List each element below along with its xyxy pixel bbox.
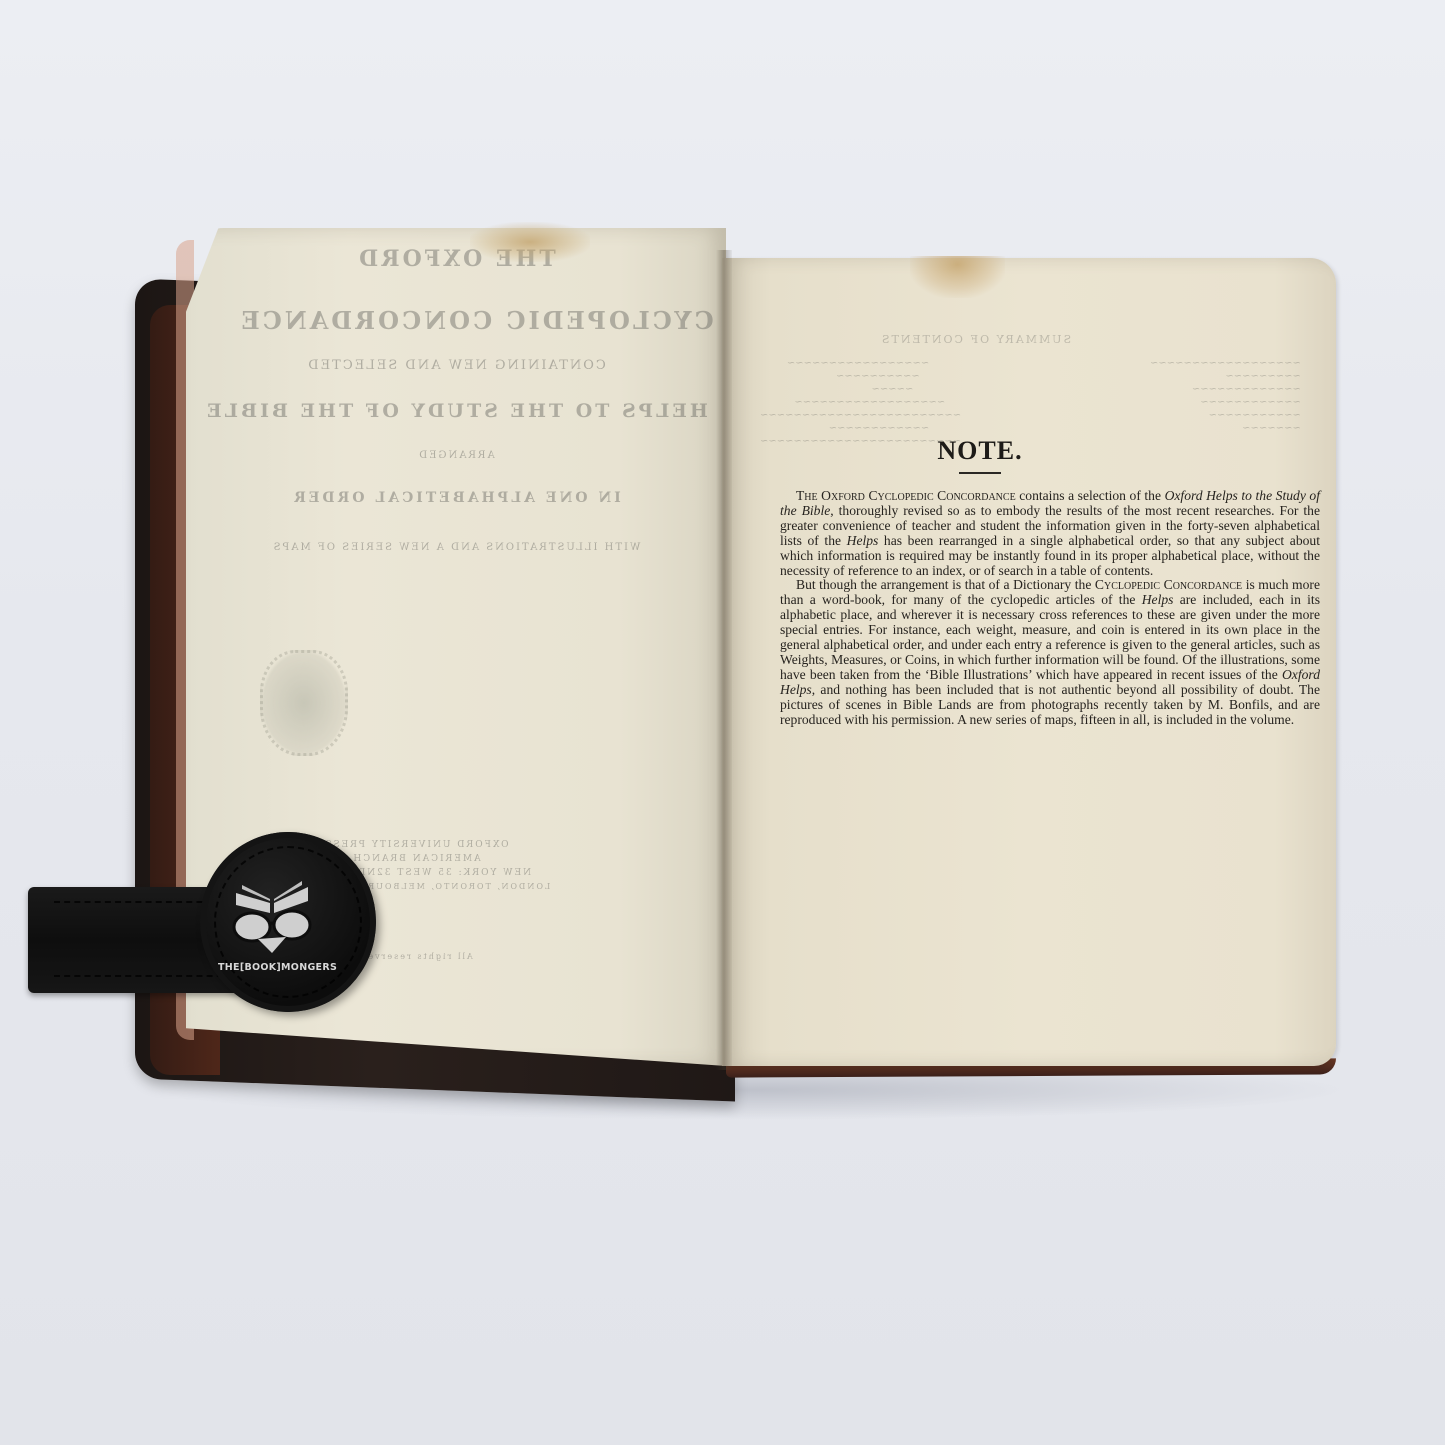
note-heading: NOTE. xyxy=(900,436,1060,466)
book-gutter xyxy=(716,250,732,1070)
note-body: The Oxford Cyclopedic Concordance contai… xyxy=(780,489,1320,728)
show-through-line: WITH ILLUSTRATIONS AND A NEW SERIES OF M… xyxy=(186,542,726,553)
text-run: But though the arrangement is that of a … xyxy=(796,577,1095,592)
show-through-line: ARRANGED xyxy=(186,450,726,461)
italic-title: Helps xyxy=(1142,592,1174,607)
book-title-smallcaps: Cyclopedic Concordance xyxy=(1095,577,1242,592)
show-through-heading: SUMMARY OF CONTENTS xyxy=(880,333,1071,346)
text-run: contains a selection of the xyxy=(1016,488,1165,503)
show-through-line: THE OXFORD xyxy=(186,246,726,272)
bookmark-brand: THE[BOOK]MONGERS xyxy=(218,962,328,973)
crest-show-through xyxy=(260,650,348,756)
show-through-column: ~~~~~~~~~~~~~~~~~~ ~~~~~~~~~ ~~~~~~~~~~~… xyxy=(1150,357,1301,435)
show-through-line: OXFORD UNIVERSITY PRESS xyxy=(146,840,686,850)
show-through-line: IN ONE ALPHABETICAL ORDER xyxy=(186,490,726,506)
show-through-line: CYCLOPEDIC CONCORDANCE xyxy=(206,306,746,335)
age-stain xyxy=(470,222,590,262)
book-title-smallcaps: The Oxford Cyclopedic Concordance xyxy=(796,488,1016,503)
photo-scene: THE OXFORD CYCLOPEDIC CONCORDANCE CONTAI… xyxy=(0,0,1445,1445)
show-through-line: HELPS TO THE STUDY OF THE BIBLE xyxy=(186,400,726,422)
show-through-line: CONTAINING NEW AND SELECTED xyxy=(186,358,726,373)
note-paragraph-2: But though the arrangement is that of a … xyxy=(780,578,1320,727)
age-stain xyxy=(910,256,1005,298)
italic-title: Helps xyxy=(847,533,879,548)
show-through-column: ~~~~~~~~~~~~~~~~~ ~~~~~~~~~~ ~~~~~ ~~~~~… xyxy=(760,357,961,448)
note-rule xyxy=(959,472,1001,474)
text-run: , and nothing has been included that is … xyxy=(780,682,1320,727)
note-paragraph-1: The Oxford Cyclopedic Concordance contai… xyxy=(780,489,1320,578)
book-glasses-logo-icon xyxy=(222,875,322,955)
